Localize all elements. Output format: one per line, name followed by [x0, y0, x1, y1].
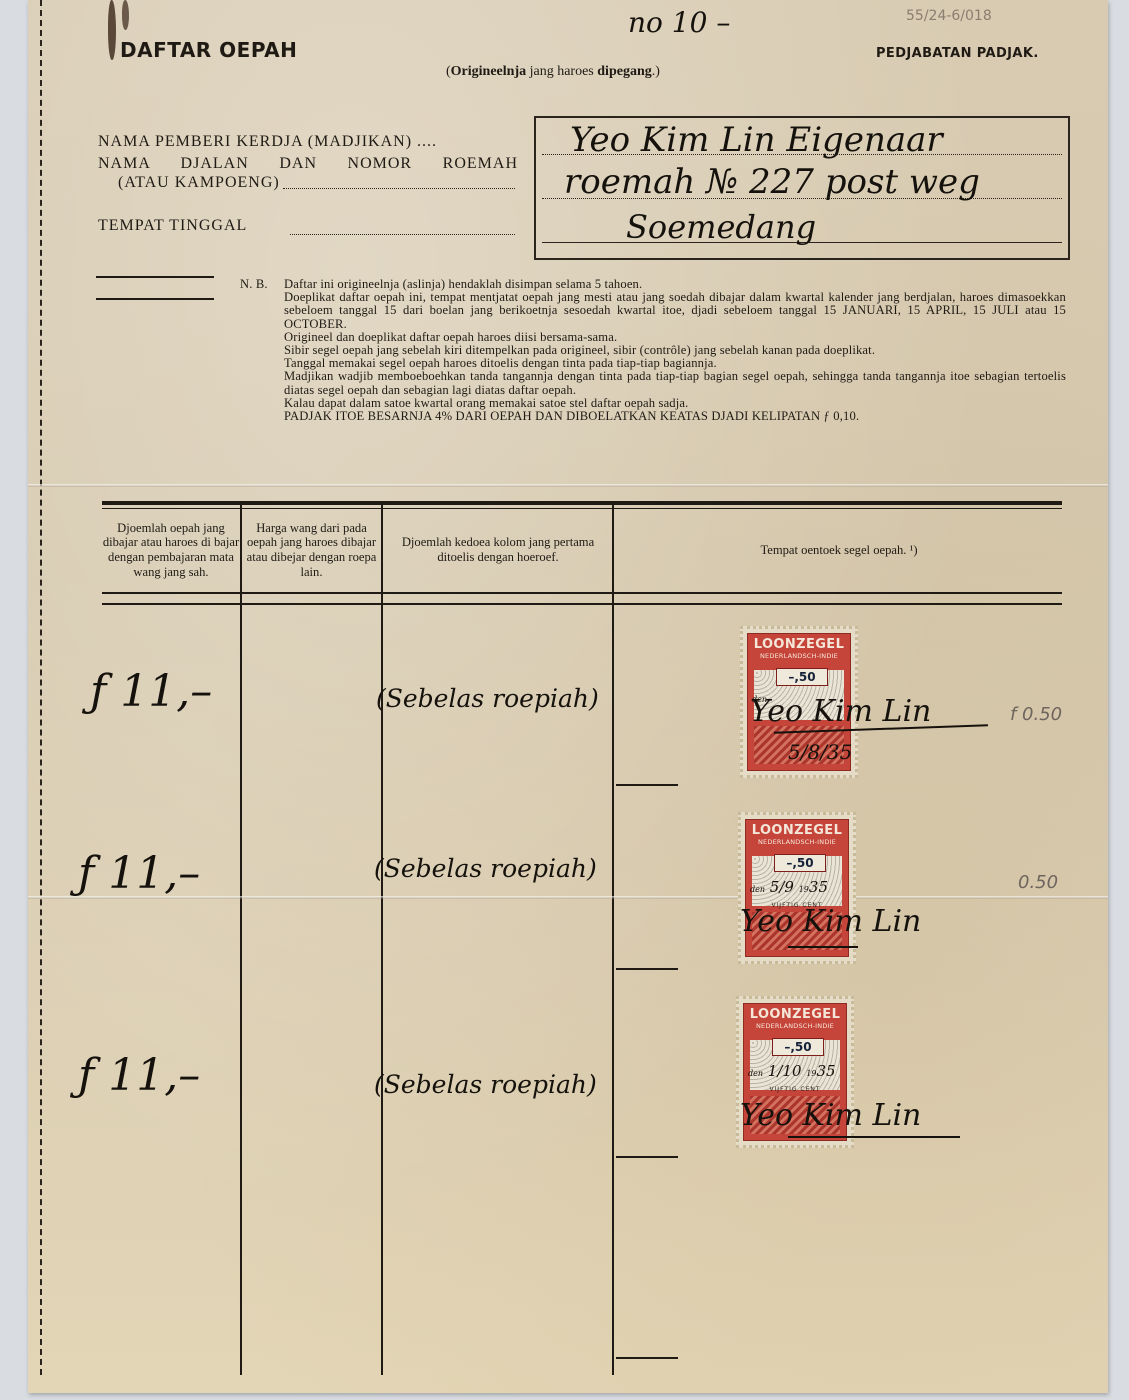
street-dotted-line [283, 188, 515, 189]
employer-signature: Yeo Kim Lin [740, 904, 921, 939]
street-address-value: roemah № 227 post weg [564, 162, 980, 202]
handwritten-number: no 10 – [628, 6, 730, 39]
stamp-subtitle: NEDERLANDSCH-INDIE [744, 1022, 846, 1030]
amount-value: ƒ 11,– [78, 1050, 200, 1101]
perforation-line [40, 0, 42, 1375]
amount-in-words: (Sebelas roepiah) [374, 854, 597, 883]
residence-dotted-line [290, 234, 515, 235]
row-tick [616, 968, 678, 970]
employer-signature: Yeo Kim Lin [740, 1098, 921, 1133]
ink-stain [108, 0, 116, 60]
signature-underline [788, 1136, 960, 1138]
stamp-date: den 1/10 1935 [748, 1062, 836, 1080]
employer-name-label: NAMA PEMBERI KERDJA (MADJIKAN) .... [98, 132, 518, 152]
stamp-denomination: VIJFTIG CENT [744, 1086, 846, 1093]
note-paragraph: PADJAK ITOE BESARNJA 4% DARI OEPAH DAN D… [284, 410, 1066, 423]
pencil-reference: 55/24-6/018 [906, 8, 992, 24]
stamp-value: –,50 [772, 1038, 824, 1056]
divider [96, 298, 214, 300]
column-header-other-value: Harga wang dari pada oepah jang haroes d… [244, 508, 379, 592]
divider [96, 276, 214, 278]
wage-list-document: DAFTAR OEPAH PEDJABATAN PADJAK. (Origine… [28, 0, 1108, 1393]
stamp-date-value: 5/8/35 [788, 740, 852, 764]
note-paragraph: Doeplikat daftar oepah ini, tempat mentj… [284, 291, 1066, 331]
table-top-rule [102, 501, 1062, 505]
residence-label: TEMPAT TINGGAL [98, 216, 247, 236]
amount-value: ƒ 11,– [78, 848, 200, 899]
column-divider [612, 505, 614, 1375]
row-tick [616, 1357, 678, 1359]
margin-note: f 0.50 [1010, 704, 1062, 725]
row-tick [616, 1156, 678, 1158]
column-divider [381, 505, 383, 1375]
employer-info-box: Yeo Kim Lin Eigenaar roemah № 227 post w… [534, 116, 1070, 260]
stamp-title: LOONZEGEL [746, 823, 848, 838]
street-label-sub: (ATAU KAMPOENG) [118, 173, 280, 193]
stamp-subtitle: NEDERLANDSCH-INDIE [746, 838, 848, 846]
row-tick [616, 784, 678, 786]
amount-value: ƒ 11,– [90, 666, 212, 717]
document-title: DAFTAR OEPAH [120, 38, 297, 62]
stamp-title: LOONZEGEL [748, 637, 850, 652]
signature-underline [788, 946, 858, 948]
notes-prefix: N. B. [240, 278, 268, 291]
note-paragraph: Madjikan wadjib memboeboehkan tanda tang… [284, 370, 1066, 396]
stamp-title: LOONZEGEL [744, 1007, 846, 1022]
wage-stamp: LOONZEGEL NEDERLANDSCH-INDIE –,50 den 5/… [738, 812, 856, 964]
employer-name-value: Yeo Kim Lin Eigenaar [570, 120, 943, 160]
column-divider [240, 505, 242, 1375]
notes-body: Daftar ini origineelnja (aslinja) hendak… [284, 278, 1066, 423]
paper-fold [28, 484, 1108, 487]
employer-signature: Yeo Kim Lin [750, 694, 931, 729]
stamp-value: –,50 [774, 854, 826, 872]
table-header-rule-2 [102, 603, 1062, 605]
table-header-rule [102, 592, 1062, 594]
document-subtitle: (Origineelnja jang haroes dipegang.) [446, 64, 660, 80]
amount-in-words: (Sebelas roepiah) [376, 684, 599, 713]
stamp-value: –,50 [776, 668, 828, 686]
column-header-amount: Djoemlah oepah jang dibajar atau haroes … [102, 508, 240, 592]
ink-stain [122, 0, 129, 30]
residence-value: Soemedang [626, 208, 816, 246]
amount-in-words: (Sebelas roepiah) [374, 1070, 597, 1099]
margin-note: 0.50 [1018, 872, 1058, 893]
street-label: NAMA DJALAN DAN NOMOR ROEMAH [98, 154, 518, 174]
stamp-subtitle: NEDERLANDSCH-INDIE [748, 652, 850, 660]
stamp-date: den 5/9 1935 [750, 878, 828, 896]
issuing-office: PEDJABATAN PADJAK. [876, 46, 1039, 61]
column-header-stamp-place: Tempat oentoek segel oepah. ¹) [616, 508, 1062, 592]
column-header-in-words: Djoemlah kedoea kolom jang pertama ditoe… [386, 508, 610, 592]
